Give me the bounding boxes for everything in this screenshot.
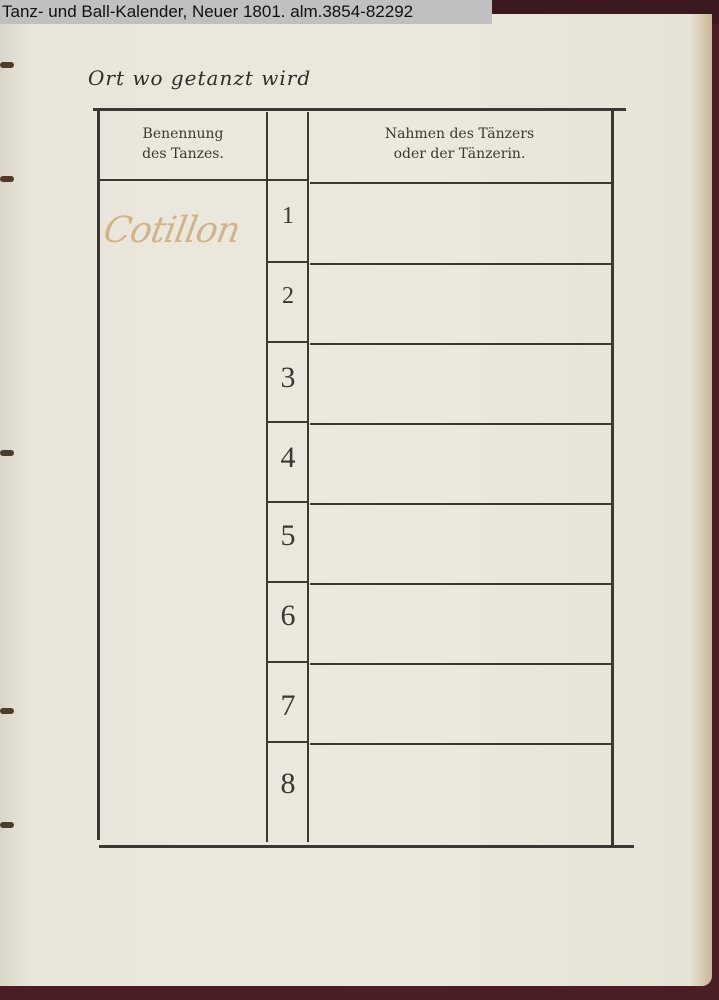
table-left-border [97,110,100,840]
row-rule [268,741,307,743]
row-rule [310,503,611,505]
row-rule [310,743,611,745]
row-number: 2 [268,283,308,310]
header-line: des Tanzes. [100,144,266,164]
row-number: 5 [268,519,308,553]
row-rule [310,663,611,665]
header-line: Benennung [100,124,266,144]
row-number: 4 [268,441,308,475]
table-bottom-rule [99,845,634,848]
handwritten-dance-entry: Cotillon [100,210,242,251]
header-dance-name: Benennung des Tanzes. [100,124,266,164]
table-right-border [611,110,614,845]
header-rule [310,182,611,184]
caption-bar: Tanz- und Ball-Kalender, Neuer 1801. alm… [0,0,492,24]
row-rule [268,501,307,503]
table-top-rule [93,108,626,111]
row-rule [268,341,307,343]
row-rule [268,581,307,583]
header-line: oder der Tänzerin. [308,144,611,164]
row-rule [268,421,307,423]
row-rule [310,583,611,585]
header-rule [100,179,266,181]
row-number: 3 [268,361,308,395]
row-rule [310,423,611,425]
binding-stitch [0,822,14,828]
row-number: 6 [268,599,308,633]
binding-stitch [0,176,14,182]
row-number: 1 [268,203,308,230]
header-line: Nahmen des Tänzers [308,124,611,144]
header-partner-name: Nahmen des Tänzers oder der Tänzerin. [308,124,611,164]
row-number: 7 [268,689,308,723]
binding-stitch [0,708,14,714]
binding-stitch [0,62,14,68]
binding-stitch [0,450,14,456]
partner-cell [310,185,611,262]
header-rule [268,179,307,181]
row-rule [268,261,307,263]
row-number: 8 [268,767,308,801]
row-rule [268,661,307,663]
caption-text: Tanz- und Ball-Kalender, Neuer 1801. alm… [2,2,413,21]
row-rule [310,263,611,265]
page-heading: Ort wo getanzt wird [88,66,311,90]
row-rule [310,343,611,345]
